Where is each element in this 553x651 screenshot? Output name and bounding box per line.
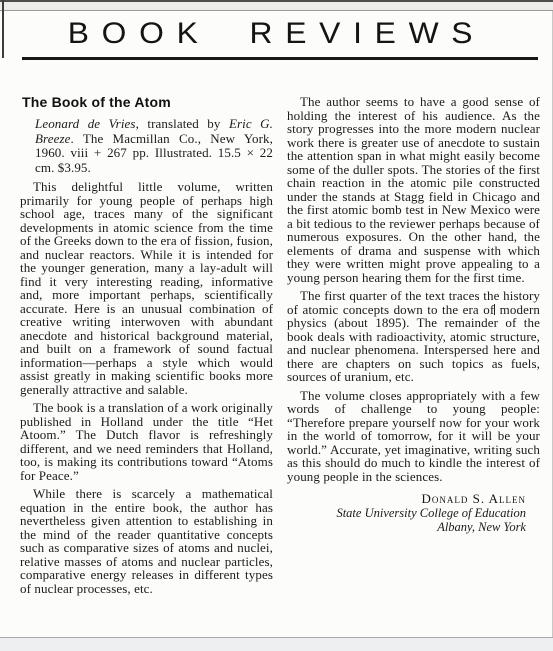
paragraph: While there is scarcely a mathematical e… bbox=[20, 487, 273, 595]
citation: Leonard de Vries, translated by Eric G. … bbox=[35, 117, 273, 175]
title-rule bbox=[22, 57, 538, 60]
review-heading: The Book of the Atom bbox=[22, 95, 273, 110]
reviewer-signature: Donald S. Allen State University College… bbox=[287, 492, 540, 534]
paragraph: The book is a translation of a work orig… bbox=[20, 401, 273, 482]
reviewer-affiliation: State University College of Education bbox=[287, 506, 526, 520]
citation-details: . The Macmillan Co., New York, 1960. vii… bbox=[35, 131, 273, 175]
page-title: BOOK REVIEWS bbox=[0, 19, 553, 49]
reviewer-name: Donald S. Allen bbox=[287, 492, 526, 506]
review-body: The Book of the Atom Leonard de Vries, t… bbox=[20, 95, 540, 600]
reviewer-location: Albany, New York bbox=[287, 520, 526, 534]
paragraph: The first quarter of the text traces the… bbox=[287, 289, 540, 384]
paragraph: This delightful little volume, written p… bbox=[20, 180, 273, 396]
citation-middle: , translated by bbox=[136, 116, 229, 131]
scan-edge-top bbox=[0, 0, 553, 11]
scanned-page: BOOK REVIEWS The Book of the Atom Leonar… bbox=[0, 0, 553, 651]
scan-edge-bottom bbox=[0, 637, 553, 651]
left-column: The Book of the Atom Leonard de Vries, t… bbox=[20, 95, 273, 600]
paragraph: The author seems to have a good sense of… bbox=[287, 95, 540, 284]
citation-author: Leonard de Vries bbox=[35, 116, 136, 131]
paragraph: The volume closes appropriately with a f… bbox=[287, 389, 540, 484]
right-column: The author seems to have a good sense of… bbox=[287, 95, 540, 600]
